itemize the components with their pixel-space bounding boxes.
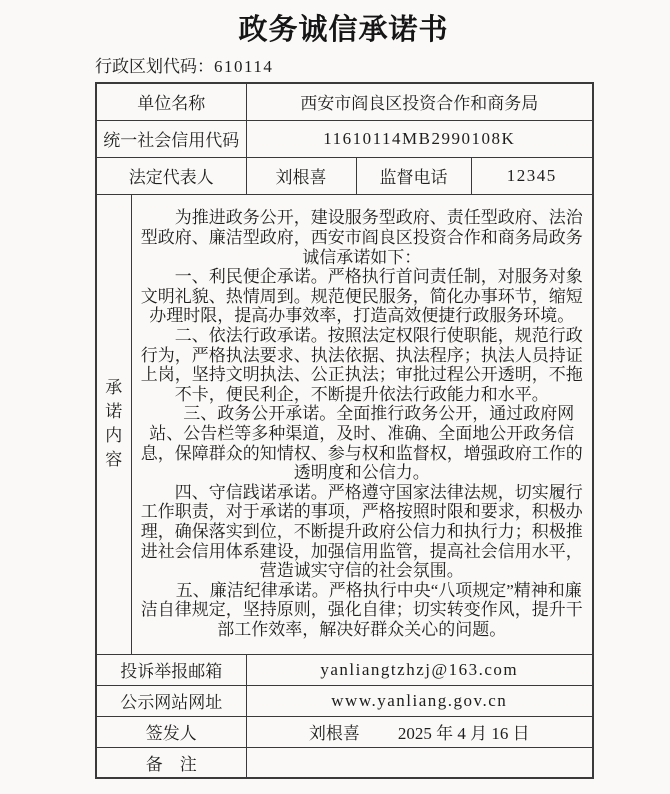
document-body: 政务诚信承诺书 行政区划代码：610114 单位名称 西安市阎良区投资合作和商务…	[95, 0, 592, 779]
admin-division-code-label: 行政区划代码：	[95, 57, 214, 76]
document-title: 政务诚信承诺书	[95, 0, 592, 47]
complaint-email-value: yanliangtzhzj@163.com	[246, 654, 593, 685]
commitment-form-table: 单位名称 西安市阎良区投资合作和商务局 统一社会信用代码 11610114MB2…	[95, 82, 594, 779]
website-value: www.yanliang.gov.cn	[246, 685, 593, 716]
row-unit-name: 单位名称 西安市阎良区投资合作和商务局	[96, 83, 593, 120]
legal-rep-label: 法定代表人	[96, 157, 246, 194]
complaint-email-label: 投诉举报邮箱	[96, 654, 246, 685]
supervise-phone-value: 12345	[471, 157, 593, 194]
document-page: 政务诚信承诺书 行政区划代码：610114 单位名称 西安市阎良区投资合作和商务…	[0, 0, 670, 794]
credit-code-value: 11610114MB2990108K	[246, 120, 593, 157]
row-issuer: 签发人 刘根喜2025 年 4 月 16 日	[96, 716, 593, 747]
commitment-paragraph-2: 二、依法行政承诺。按照法定权限行使职能，规范行政行为，严格执法要求、执法依据、执…	[134, 326, 591, 404]
supervise-phone-label: 监督电话	[356, 157, 471, 194]
remark-value	[246, 747, 593, 778]
row-website: 公示网站网址 www.yanliang.gov.cn	[96, 685, 593, 716]
row-complaint-email: 投诉举报邮箱 yanliangtzhzj@163.com	[96, 654, 593, 685]
row-remark: 备 注	[96, 747, 593, 778]
credit-code-label: 统一社会信用代码	[96, 120, 246, 157]
row-legal-rep: 法定代表人 刘根喜 监督电话 12345	[96, 157, 593, 194]
row-credit-code: 统一社会信用代码 11610114MB2990108K	[96, 120, 593, 157]
issuer-label: 签发人	[96, 716, 246, 747]
unit-name-label: 单位名称	[96, 83, 246, 120]
commitment-paragraph-3: 三、政务公开承诺。全面推行政务公开，通过政府网站、公告栏等多种渠道，及时、准确、…	[134, 404, 591, 482]
commitment-content: 为推进政务公开，建设服务型政府、责任型政府、法治型政府、廉洁型政府，西安市阎良区…	[131, 194, 593, 654]
legal-rep-value: 刘根喜	[246, 157, 356, 194]
commitment-paragraph-5: 五、廉洁纪律承诺。严格执行中央“八项规定”精神和廉洁自律规定，坚持原则，强化自律…	[134, 581, 591, 640]
remark-label: 备 注	[96, 747, 246, 778]
commitment-label: 承诺内容	[96, 194, 131, 654]
issuer-name: 刘根喜	[309, 724, 360, 743]
issue-date: 2025 年 4 月 16 日	[398, 724, 530, 743]
admin-division-code-line: 行政区划代码：610114	[95, 56, 592, 78]
unit-name-value: 西安市阎良区投资合作和商务局	[246, 83, 593, 120]
row-commitment: 承诺内容 为推进政务公开，建设服务型政府、责任型政府、法治型政府、廉洁型政府，西…	[96, 194, 593, 654]
admin-division-code-value: 610114	[214, 57, 273, 76]
commitment-paragraph-intro: 为推进政务公开，建设服务型政府、责任型政府、法治型政府、廉洁型政府，西安市阎良区…	[134, 208, 591, 267]
issuer-value: 刘根喜2025 年 4 月 16 日	[246, 716, 593, 747]
commitment-paragraph-4: 四、守信践诺承诺。严格遵守国家法律法规，切实履行工作职责，对于承诺的事项，严格按…	[134, 483, 591, 581]
commitment-paragraph-1: 一、利民便企承诺。严格执行首问责任制，对服务对象文明礼貌、热情周到。规范便民服务…	[134, 267, 591, 326]
website-label: 公示网站网址	[96, 685, 246, 716]
